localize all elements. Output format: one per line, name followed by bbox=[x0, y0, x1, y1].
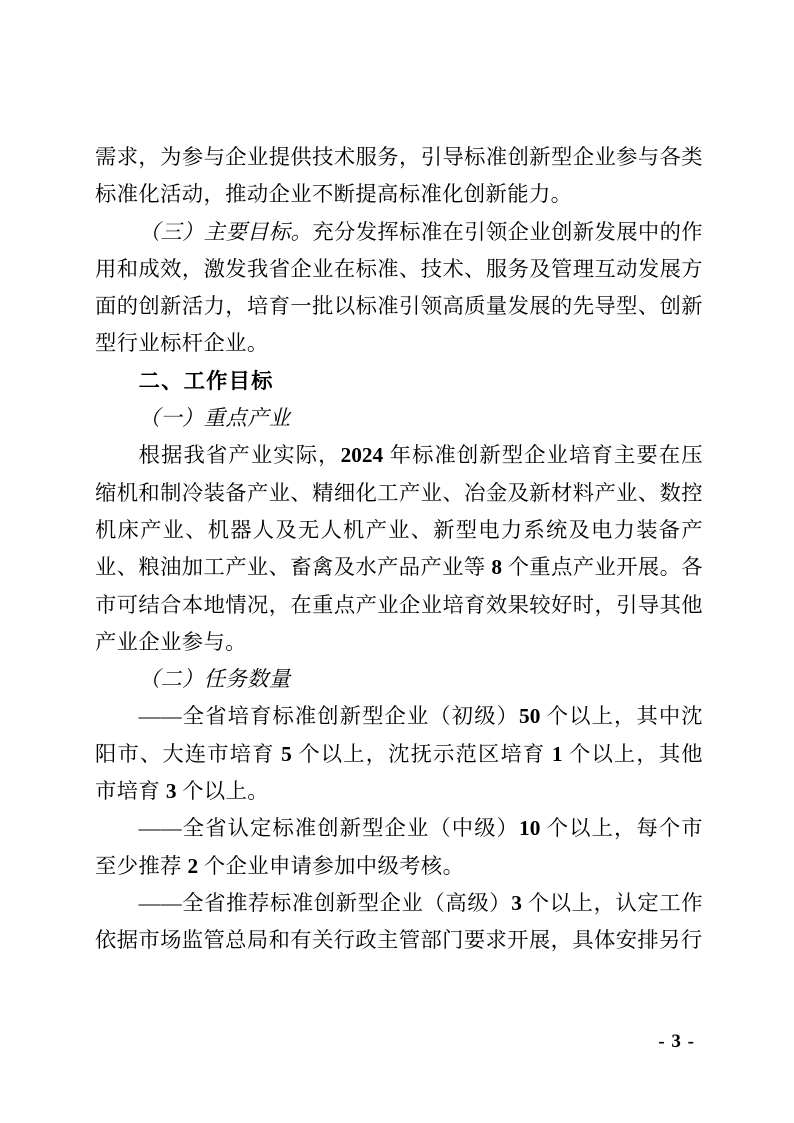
document-body: 需求，为参与企业提供技术服务，引导标准创新型企业参与各类标准化活动，推动企业不断… bbox=[95, 139, 703, 960]
subheading-task-quantity: （二）任务数量 bbox=[95, 661, 703, 698]
para-main-goals: （三）主要目标。充分发挥标准在引领企业创新发展中的作用和成效，激发我省企业在标准… bbox=[95, 214, 703, 363]
page-number: - 3 - bbox=[658, 1031, 695, 1053]
para-task-certify: ——全省认定标准创新型企业（中级）10 个以上，每个市至少推荐 2 个企业申请参… bbox=[95, 810, 703, 885]
heading-work-targets: 二、工作目标 bbox=[95, 363, 703, 400]
para-task-recommend: ——全省推荐标准创新型企业（高级）3 个以上，认定工作依据市场监管总局和有关行政… bbox=[95, 885, 703, 960]
para-task-cultivate: ——全省培育标准创新型企业（初级）50 个以上，其中沈阳市、大连市培育 5 个以… bbox=[95, 698, 703, 810]
subheading-key-industries: （一）重点产业 bbox=[95, 400, 703, 437]
para-key-industries: 根据我省产业实际，2024 年标准创新型企业培育主要在压缩机和制冷装备产业、精细… bbox=[95, 437, 703, 661]
document-page: 需求，为参与企业提供技术服务，引导标准创新型企业参与各类标准化活动，推动企业不断… bbox=[0, 0, 794, 1123]
para-continuation: 需求，为参与企业提供技术服务，引导标准创新型企业参与各类标准化活动，推动企业不断… bbox=[95, 139, 703, 214]
